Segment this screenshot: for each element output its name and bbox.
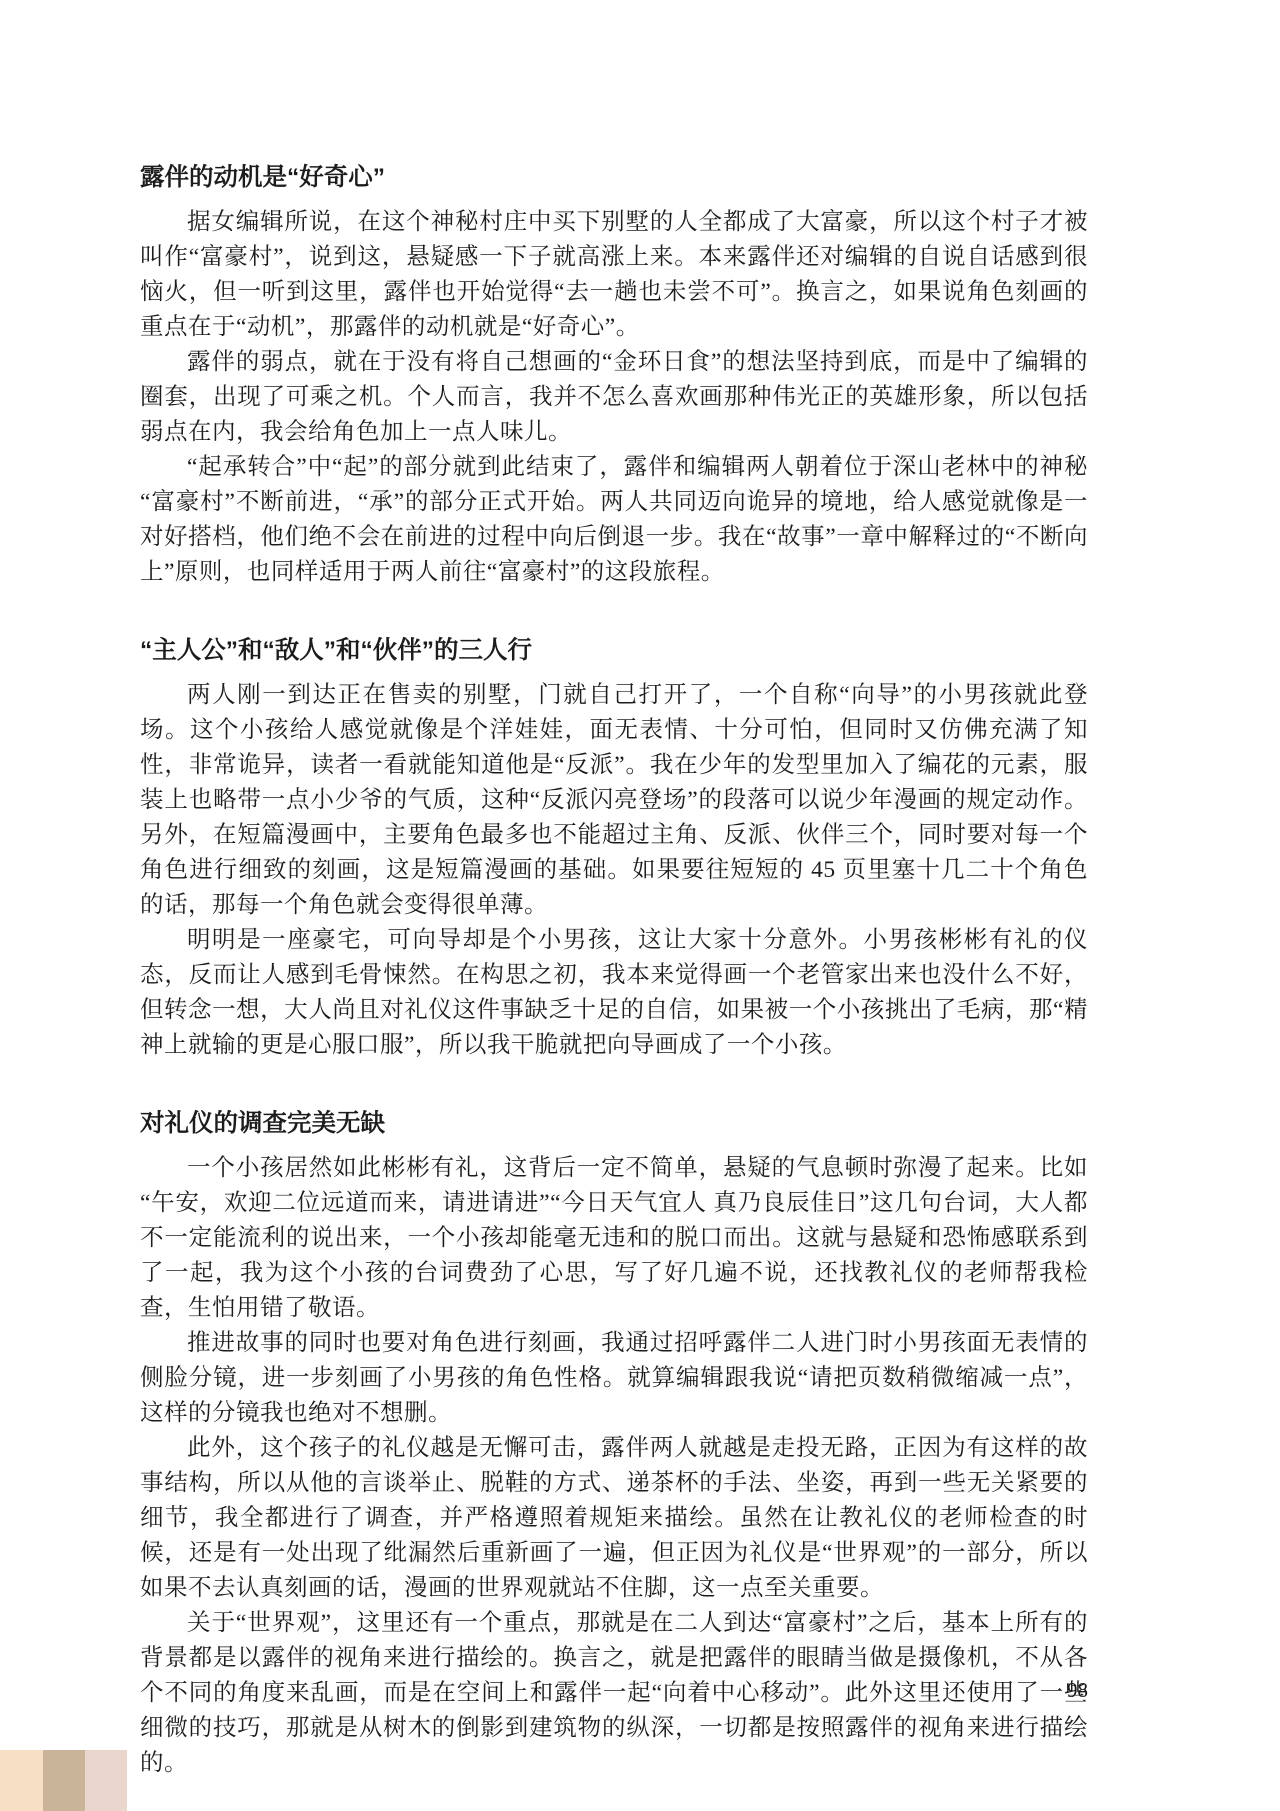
color-strip-tan bbox=[43, 1750, 85, 1811]
color-strip-pink bbox=[85, 1750, 127, 1811]
page-number: 98 bbox=[140, 1678, 1088, 1703]
section-rohan-motivation: 露伴的动机是“好奇心” 据女编辑所说，在这个神秘村庄中买下别墅的人全都成了大富豪… bbox=[140, 160, 1088, 590]
paragraph: “起承转合”中“起”的部分就到此结束了，露伴和编辑两人朝着位于深山老林中的神秘“… bbox=[140, 450, 1088, 590]
paragraph: 推进故事的同时也要对角色进行刻画，我通过招呼露伴二人进门时小男孩面无表情的侧脸分… bbox=[140, 1326, 1088, 1431]
section-heading: “主人公”和“敌人”和“伙伴”的三人行 bbox=[140, 633, 1088, 668]
section-heading: 露伴的动机是“好奇心” bbox=[140, 160, 1088, 195]
paragraph: 露伴的弱点，就在于没有将自己想画的“金环日食”的想法坚持到底，而是中了编辑的圈套… bbox=[140, 345, 1088, 450]
page-content: 露伴的动机是“好奇心” 据女编辑所说，在这个神秘村庄中买下别墅的人全都成了大富豪… bbox=[140, 160, 1088, 1781]
paragraph: 此外，这个孩子的礼仪越是无懈可击，露伴两人就越是走投无路，正因为有这样的故事结构… bbox=[140, 1431, 1088, 1606]
paragraph: 两人刚一到达正在售卖的别墅，门就自己打开了，一个自称“向导”的小男孩就此登场。这… bbox=[140, 678, 1088, 923]
section-heading: 对礼仪的调查完美无缺 bbox=[140, 1106, 1088, 1141]
color-strip-peach bbox=[0, 1750, 43, 1811]
section-trio-protagonist-enemy-partner: “主人公”和“敌人”和“伙伴”的三人行 两人刚一到达正在售卖的别墅，门就自己打开… bbox=[140, 633, 1088, 1063]
corner-color-strips bbox=[0, 1750, 127, 1811]
document-page: 露伴的动机是“好奇心” 据女编辑所说，在这个神秘村庄中买下别墅的人全都成了大富豪… bbox=[0, 0, 1280, 1811]
paragraph: 一个小孩居然如此彬彬有礼，这背后一定不简单，悬疑的气息顿时弥漫了起来。比如“午安… bbox=[140, 1151, 1088, 1326]
paragraph: 据女编辑所说，在这个神秘村庄中买下别墅的人全都成了大富豪，所以这个村子才被叫作“… bbox=[140, 205, 1088, 345]
paragraph: 明明是一座豪宅，可向导却是个小男孩，这让大家十分意外。小男孩彬彬有礼的仪态，反而… bbox=[140, 923, 1088, 1063]
